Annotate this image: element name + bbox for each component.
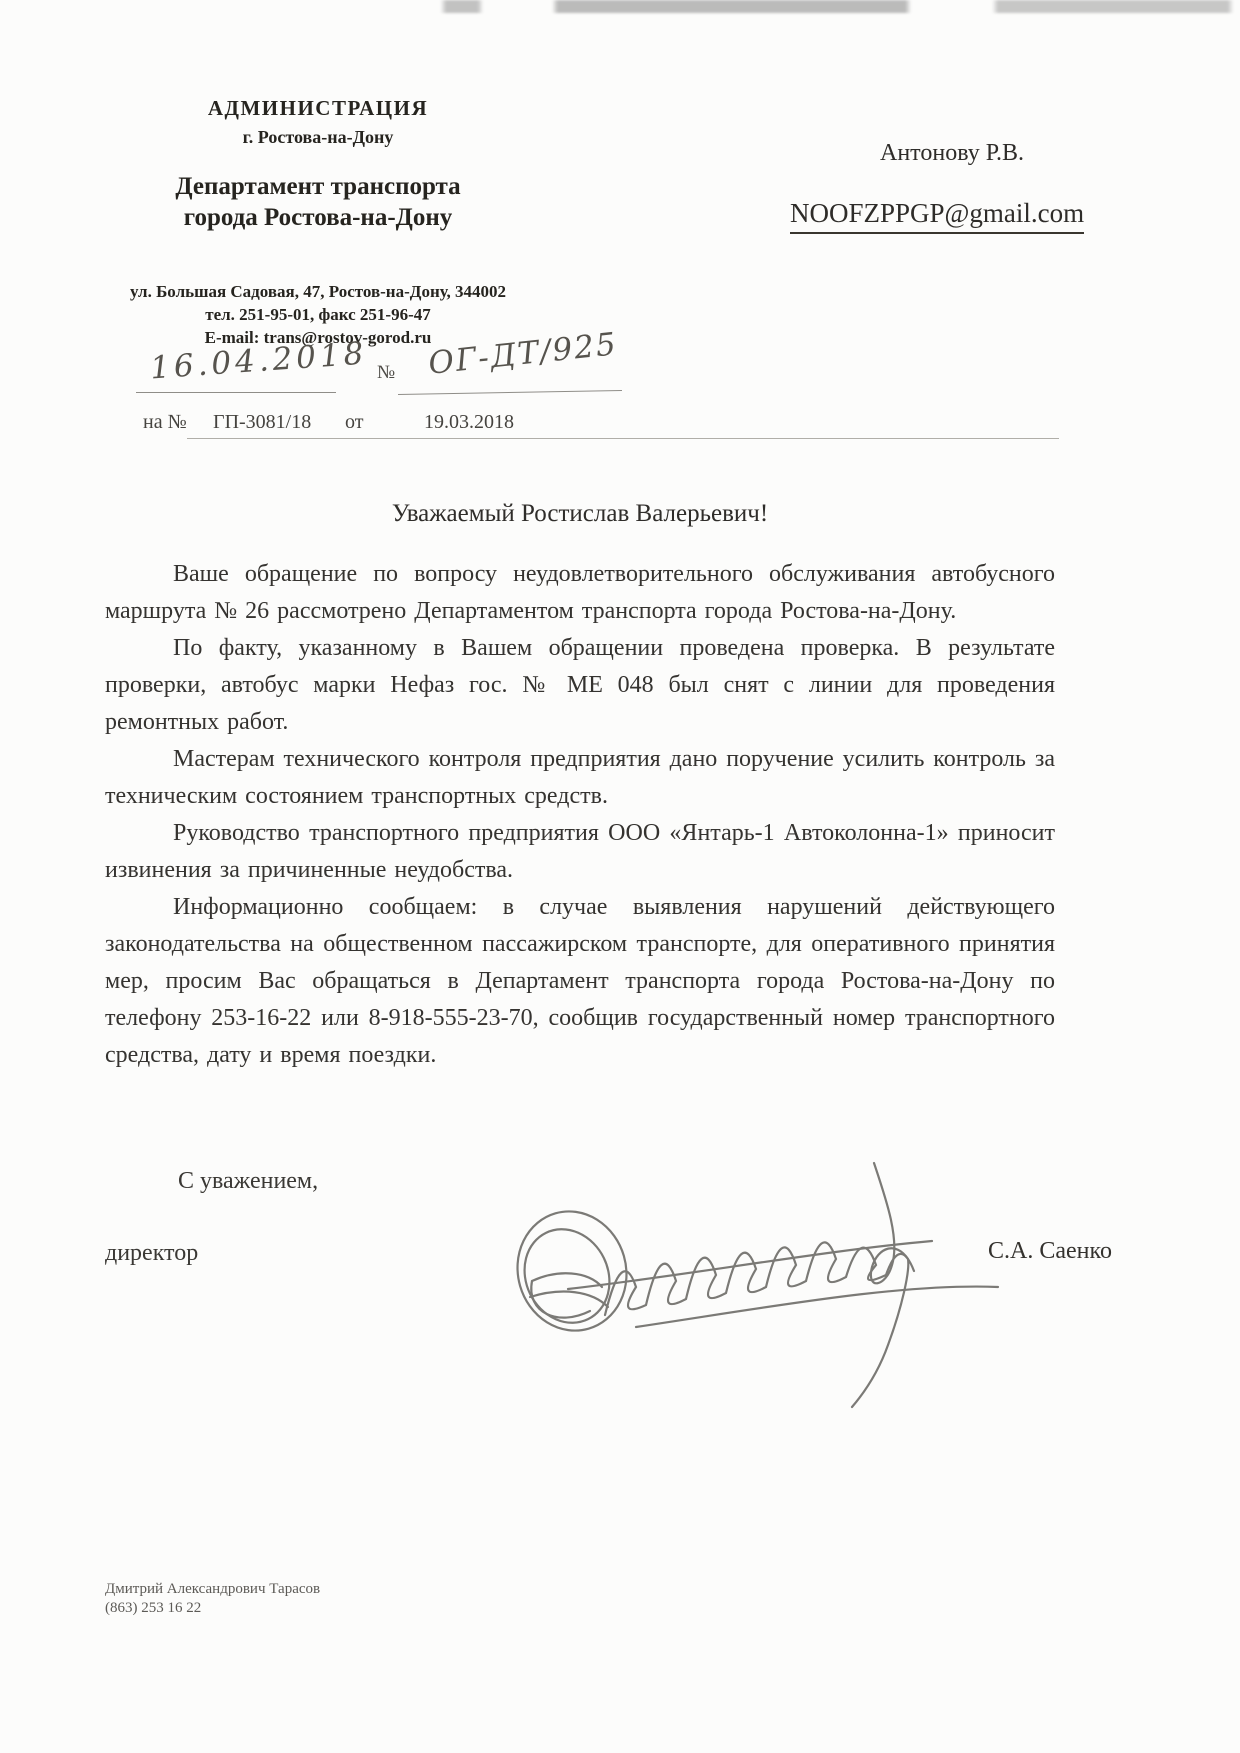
number-underline	[398, 390, 622, 395]
number-sign-label: №	[377, 362, 395, 384]
body-paragraph-2: По факту, указанному в Вашем обращении п…	[105, 630, 1055, 741]
dept-name-line2: города Ростова-на-Дону	[58, 204, 578, 232]
org-name-line2: г. Ростова-на-Дону	[58, 127, 578, 148]
dept-name-line1: Департамент транспорта	[58, 173, 578, 201]
scanned-letter-page: АДМИНИСТРАЦИЯ г. Ростова-на-Дону Департа…	[0, 0, 1240, 1753]
letterhead-address: ул. Большая Садовая, 47, Ростов-на-Дону,…	[58, 282, 578, 302]
letterhead: АДМИНИСТРАЦИЯ г. Ростова-на-Дону Департа…	[58, 96, 578, 348]
signer-name: С.А. Саенко	[988, 1238, 1112, 1265]
letter-body: Ваше обращение по вопросу неудовлетворит…	[105, 556, 1055, 1074]
closing-regards: С уважением,	[178, 1168, 318, 1195]
reply-to-date: 19.03.2018	[424, 411, 514, 434]
body-paragraph-4: Руководство транспортного предприятия ОО…	[105, 815, 1055, 889]
reference-underline	[187, 438, 1059, 439]
date-underline	[136, 392, 336, 393]
executor-phone: (863) 253 16 22	[105, 1599, 320, 1618]
reply-from-label: от	[345, 411, 363, 434]
body-paragraph-1: Ваше обращение по вопросу неудовлетворит…	[105, 556, 1055, 630]
org-name-line1: АДМИНИСТРАЦИЯ	[58, 96, 578, 121]
executor-footer: Дмитрий Александрович Тарасов (863) 253 …	[105, 1580, 320, 1618]
signature-scribble	[440, 1075, 1000, 1420]
letterhead-phone: тел. 251-95-01, факс 251-96-47	[58, 305, 578, 325]
addressee-name: Антонову Р.В.	[880, 140, 1024, 167]
scan-artifact-strip	[0, 0, 1240, 13]
reply-to-number: ГП-3081/18	[213, 411, 311, 434]
reply-to-label: на №	[143, 411, 187, 434]
body-paragraph-5: Информационно сообщаем: в случае выявлен…	[105, 889, 1055, 1074]
addressee-email: NOOFZPPGP@gmail.com	[790, 198, 1084, 234]
salutation: Уважаемый Ростислав Валерьевич!	[105, 500, 1055, 528]
signer-position: директор	[105, 1240, 198, 1267]
executor-name: Дмитрий Александрович Тарасов	[105, 1580, 320, 1599]
body-paragraph-3: Мастерам технического контроля предприят…	[105, 741, 1055, 815]
